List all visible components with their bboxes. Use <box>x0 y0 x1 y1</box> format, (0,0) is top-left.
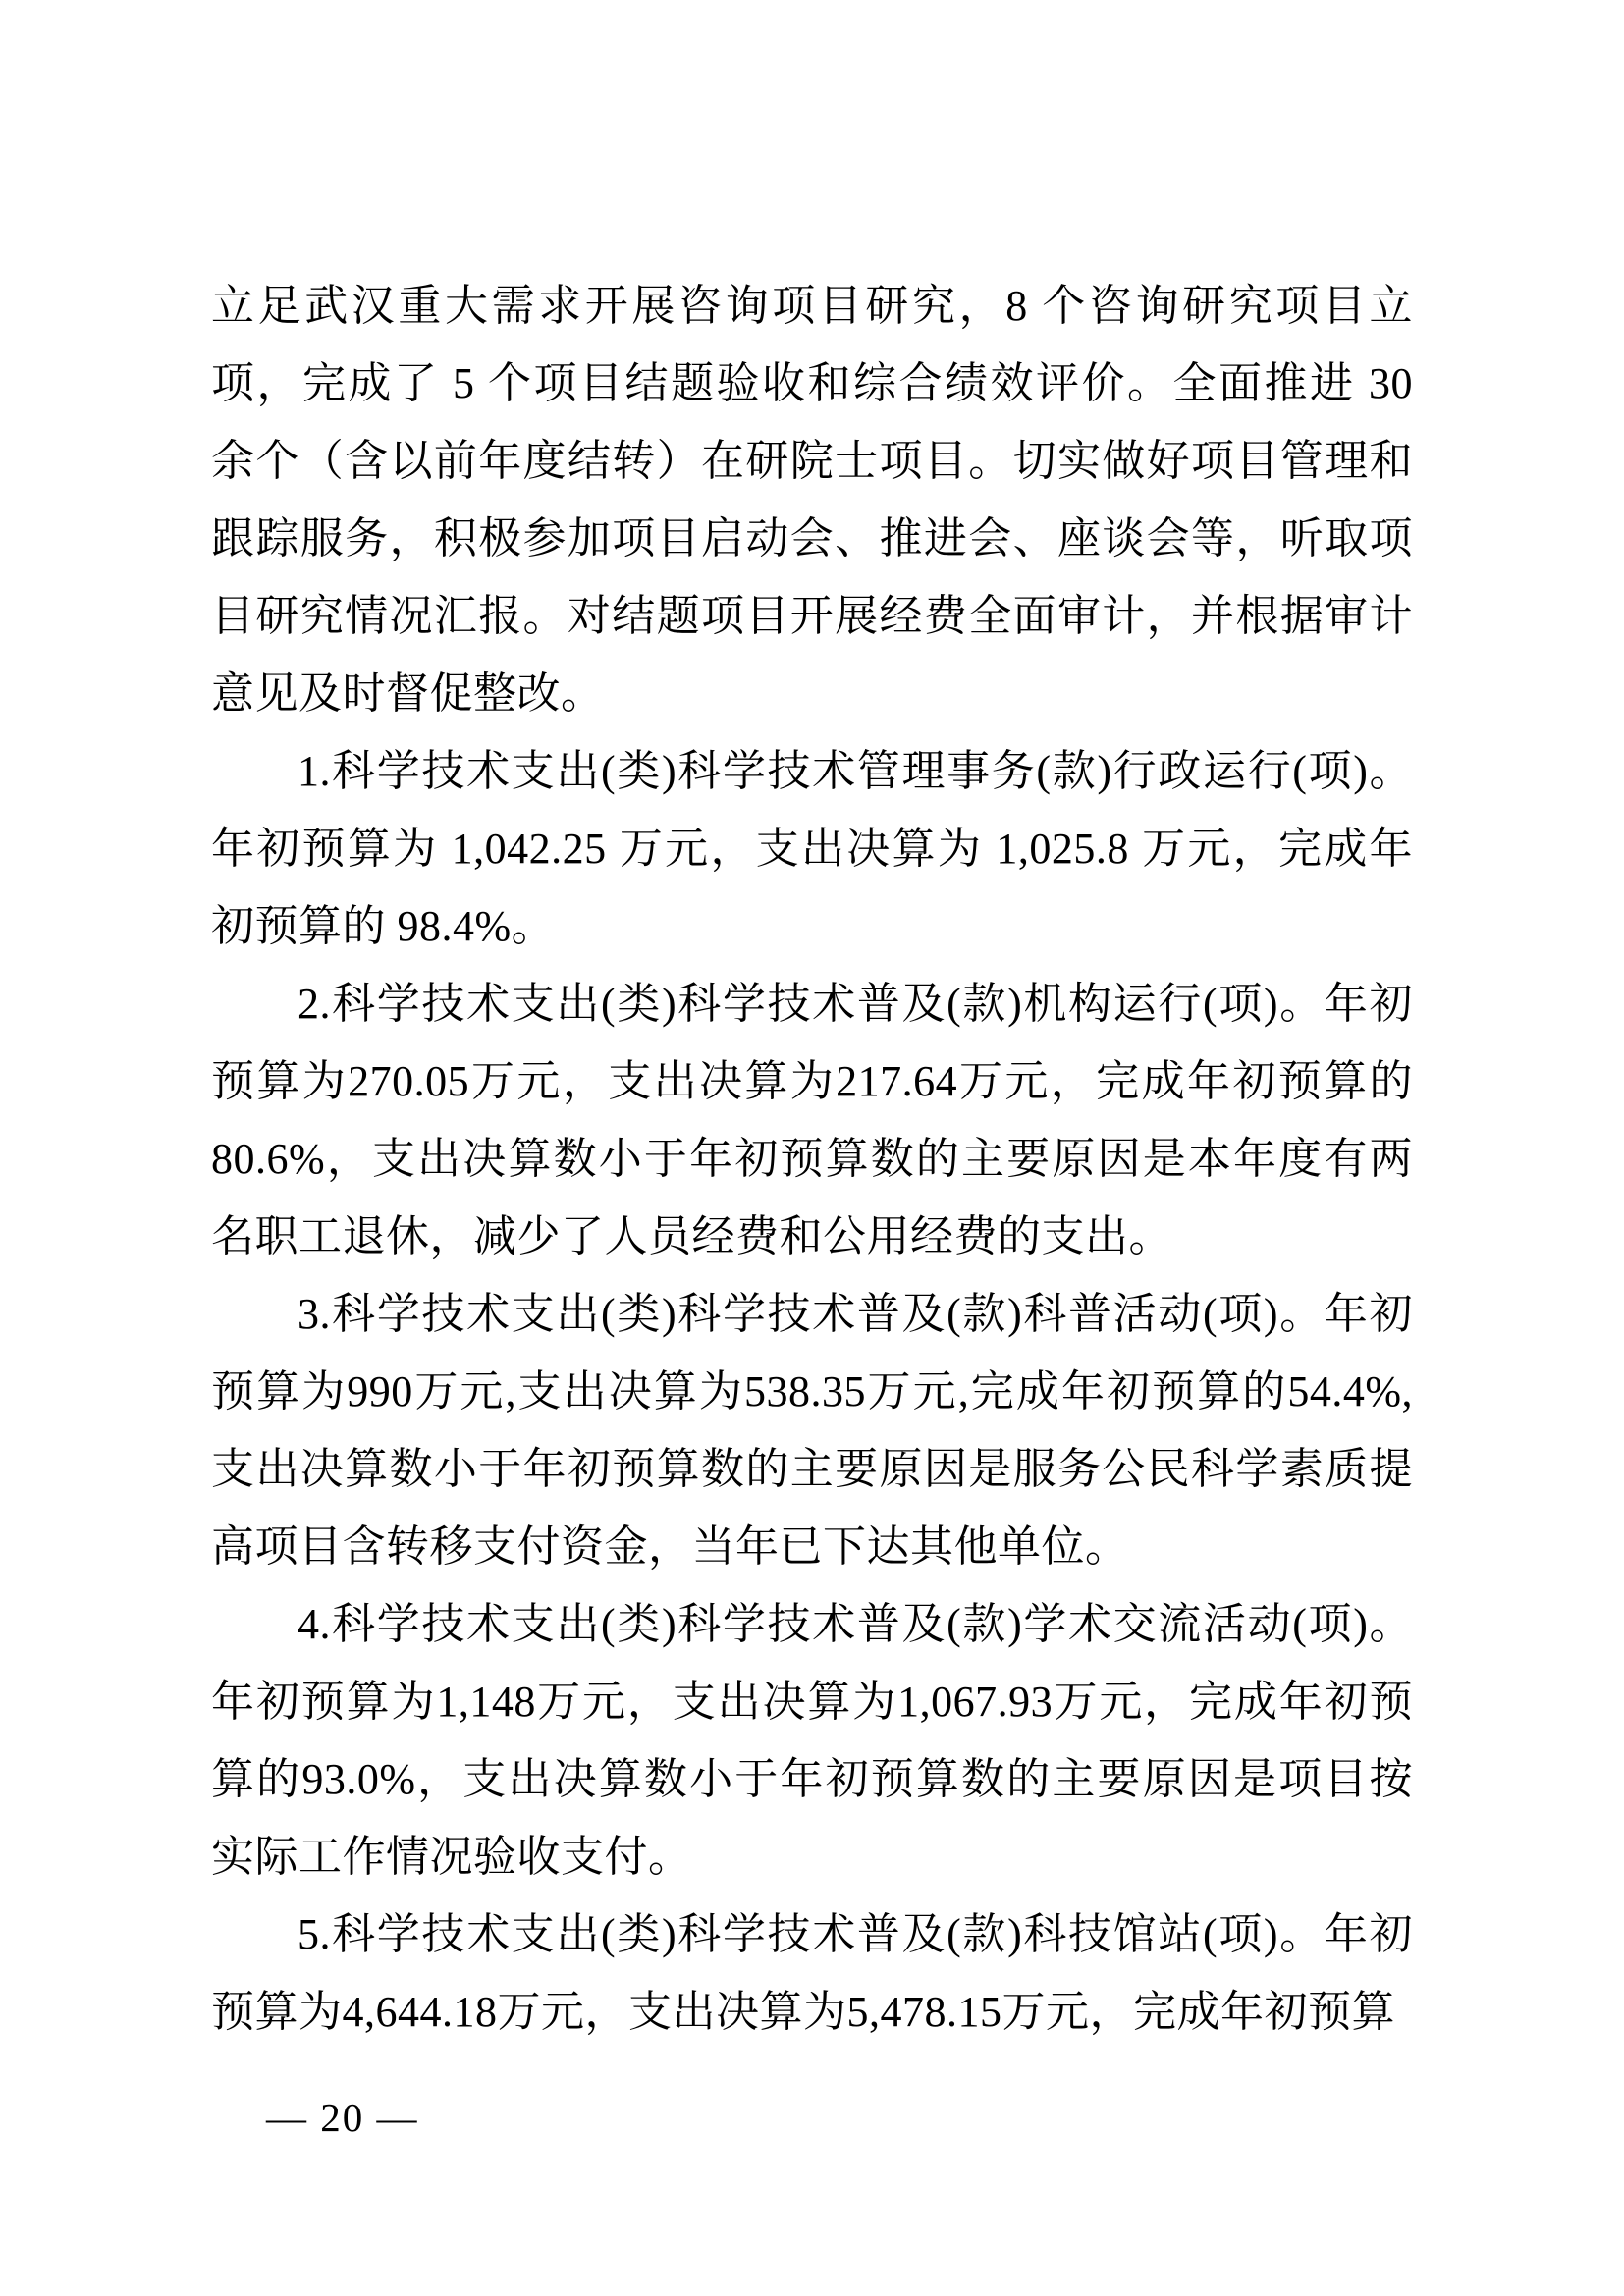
document-page: 立足武汉重大需求开展咨询项目研究，8 个咨询研究项目立项，完成了 5 个项目结题… <box>0 0 1624 2296</box>
page-footer: — 20 — <box>218 2044 419 2191</box>
paragraph-item-3: 3.科学技术支出(类)科学技术普及(款)科普活动(项)。年初预算为990万元,支… <box>211 1275 1413 1585</box>
paragraph-item-1: 1.科学技术支出(类)科学技术管理事务(款)行政运行(项)。年初预算为 1,04… <box>211 732 1413 965</box>
paragraph-item-4: 4.科学技术支出(类)科学技术普及(款)学术交流活动(项)。年初预算为1,148… <box>211 1585 1413 1896</box>
paragraph-item-2: 2.科学技术支出(类)科学技术普及(款)机构运行(项)。年初预算为270.05万… <box>211 965 1413 1275</box>
page-number: — 20 — <box>266 2095 419 2140</box>
document-body: 立足武汉重大需求开展咨询项目研究，8 个咨询研究项目立项，完成了 5 个项目结题… <box>211 267 1413 2051</box>
paragraph-continuation: 立足武汉重大需求开展咨询项目研究，8 个咨询研究项目立项，完成了 5 个项目结题… <box>211 267 1413 732</box>
paragraph-item-5: 5.科学技术支出(类)科学技术普及(款)科技馆站(项)。年初预算为4,644.1… <box>211 1896 1413 2051</box>
